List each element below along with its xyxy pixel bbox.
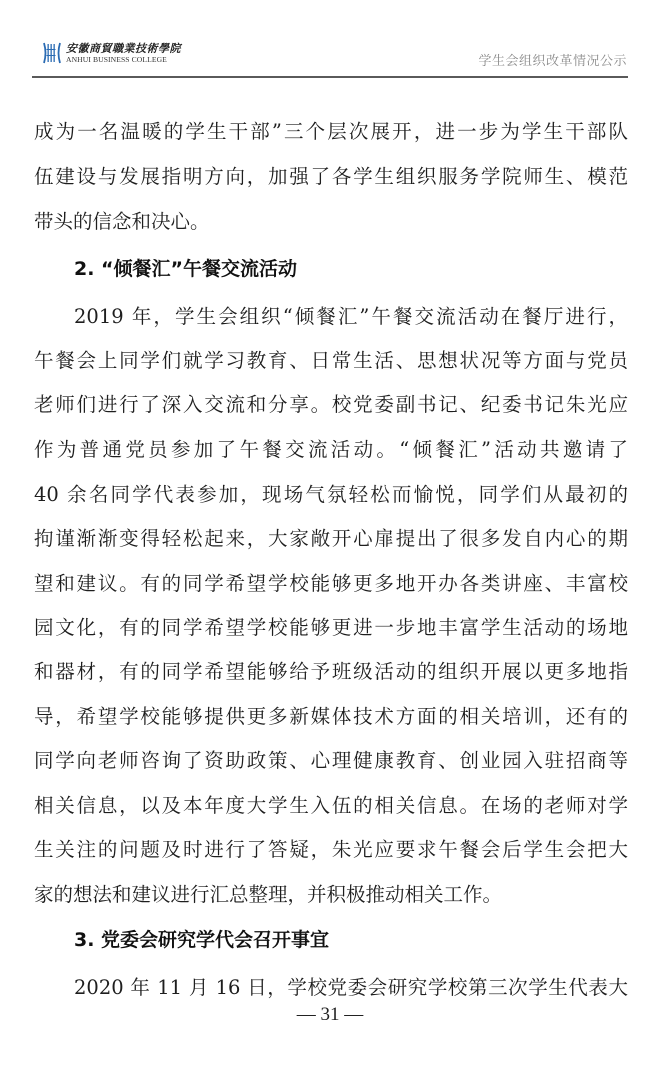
college-emblem-icon (42, 41, 62, 65)
college-logo: 安徽商貿職業技術學院 ANHUI BUSINESS COLLEGE (42, 40, 181, 66)
paragraph-line: 作为普通党员参加了午餐交流活动。“倾餐汇”活动共邀请了 (34, 434, 628, 462)
paragraph-line: 2019 年，学生会组织“倾餐汇”午餐交流活动在餐厅进行， (74, 301, 628, 329)
paragraph-line: 老师们进行了深入交流和分享。校党委副书记、纪委书记朱光应 (34, 389, 628, 417)
paragraph-line: 午餐会上同学们就学习教育、日常生活、思想状况等方面与党员 (34, 345, 628, 373)
section-heading-3: 3. 党委会研究学代会召开事宜 (74, 925, 329, 952)
paragraph-line: 家的想法和建议进行汇总整理，并积极推动相关工作。 (34, 879, 628, 907)
page-header: 安徽商貿職業技術學院 ANHUI BUSINESS COLLEGE 学生会组织改… (0, 0, 660, 80)
paragraph-line: 相关信息，以及本年度大学生入伍的相关信息。在场的老师对学 (34, 790, 628, 818)
paragraph-line: 40 余名同学代表参加，现场气氛轻松而愉悦，同学们从最初的 (34, 479, 628, 507)
paragraph-line: 望和建议。有的同学希望学校能够更多地开办各类讲座、丰富校 (34, 568, 628, 596)
header-divider (32, 76, 628, 78)
paragraph-line: 成为一名温暖的学生干部”三个层次展开，进一步为学生干部队 (34, 116, 628, 144)
logo-chinese-name: 安徽商貿職業技術學院 (66, 43, 181, 54)
document-title: 学生会组织改革情况公示 (478, 50, 627, 69)
paragraph-line: 生关注的问题及时进行了答疑，朱光应要求午餐会后学生会把大 (34, 834, 628, 862)
paragraph-line: 和器材，有的同学希望能够给予班级活动的组织开展以更多地指 (34, 656, 628, 684)
paragraph-line: 导，希望学校能够提供更多新媒体技术方面的相关培训，还有的 (34, 701, 628, 729)
page-number: — 31 — (0, 1004, 660, 1026)
section-heading-2: 2. “倾餐汇”午餐交流活动 (74, 254, 297, 281)
paragraph-line: 带头的信念和决心。 (34, 206, 628, 234)
paragraph-line: 拘谨渐渐变得轻松起来，大家敞开心扉提出了很多发自内心的期 (34, 523, 628, 551)
paragraph-line: 园文化，有的同学希望学校能够更进一步地丰富学生活动的场地 (34, 612, 628, 640)
paragraph-line: 2020 年 11 月 16 日，学校党委会研究学校第三次学生代表大 (74, 972, 628, 1000)
paragraph-line: 伍建设与发展指明方向，加强了各学生组织服务学院师生、模范 (34, 161, 628, 189)
logo-english-name: ANHUI BUSINESS COLLEGE (66, 56, 181, 64)
paragraph-line: 同学向老师咨询了资助政策、心理健康教育、创业园入驻招商等 (34, 745, 628, 773)
